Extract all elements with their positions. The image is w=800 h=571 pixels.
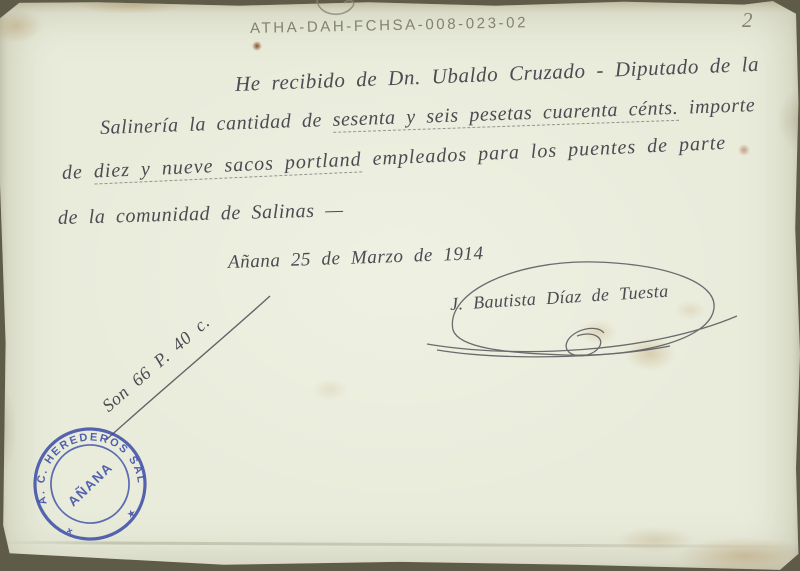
receipt-line-3-pre: de — [61, 161, 94, 184]
stamp-center-text: AÑANA — [65, 459, 116, 509]
scanned-receipt: ATHA-DAH-FCHSA-008-023-02 2 He recibido … — [0, 0, 800, 571]
stamp-mark-left: + — [65, 525, 75, 538]
receipt-line-2-post: importe — [678, 94, 756, 119]
stamp-mark-right: ★ — [126, 507, 138, 519]
page-number: 2 — [742, 8, 753, 33]
